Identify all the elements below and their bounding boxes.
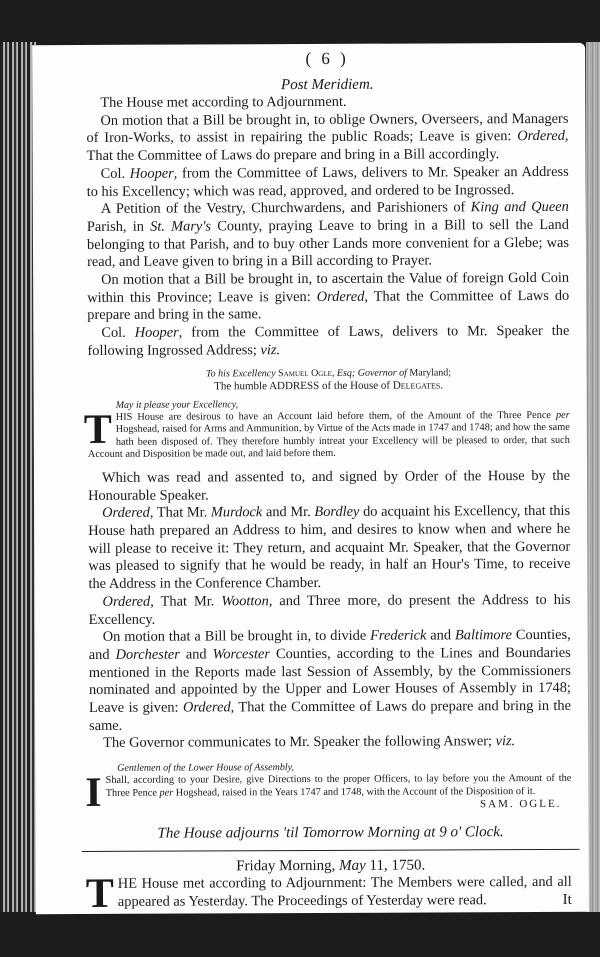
- date-heading: Friday Morning, May 11, 1750.: [90, 856, 572, 876]
- drop-cap: T: [84, 413, 112, 445]
- book-page: ( 6 ) Post Meridiem. The House met accor…: [32, 43, 589, 914]
- drop-cap: I: [85, 777, 101, 809]
- paragraph: Ordered, That Mr. Wootton, and Three mor…: [89, 592, 571, 630]
- signature: SAM. OGLE.: [89, 798, 571, 813]
- paragraph: On motion that a Bill be brought in, to …: [87, 270, 569, 325]
- answer-body: IShall, according to your Desire, give D…: [89, 773, 571, 813]
- paragraph: The Governor communicates to Mr. Speaker…: [89, 733, 571, 753]
- drop-cap: T: [86, 878, 114, 910]
- page-number: ( 6 ): [86, 49, 568, 73]
- paragraph: Col. Hooper, from the Committee of Laws,…: [87, 164, 569, 202]
- paragraph: Which was read and assented to, and sign…: [88, 468, 570, 506]
- address-header: To his Excellency Samuel Ogle, Esq; Gove…: [88, 366, 570, 393]
- paragraph: The House met according to Adjournment.: [86, 93, 568, 113]
- book-binding-left: [0, 42, 36, 912]
- session-heading: Post Meridiem.: [86, 75, 568, 95]
- adjournment-line: The House adjourns 'til Tomorrow Morning…: [90, 823, 572, 843]
- paragraph: Col. Hooper, from the Committee of Laws,…: [87, 323, 569, 361]
- paragraph: On motion that a Bill be brought in, to …: [89, 627, 571, 735]
- page-content: ( 6 ) Post Meridiem. The House met accor…: [86, 43, 572, 912]
- paragraph: A Petition of the Vestry, Churchwardens,…: [87, 199, 569, 272]
- paragraph: On motion that a Bill be brought in, to …: [86, 111, 568, 166]
- address-body: THIS House are desirous to have an Accou…: [88, 409, 570, 461]
- paragraph: Ordered, That Mr. Murdock and Mr. Bordle…: [88, 503, 570, 594]
- section-divider: [82, 849, 580, 852]
- friday-paragraph: THE House met according to Adjournment: …: [90, 874, 572, 912]
